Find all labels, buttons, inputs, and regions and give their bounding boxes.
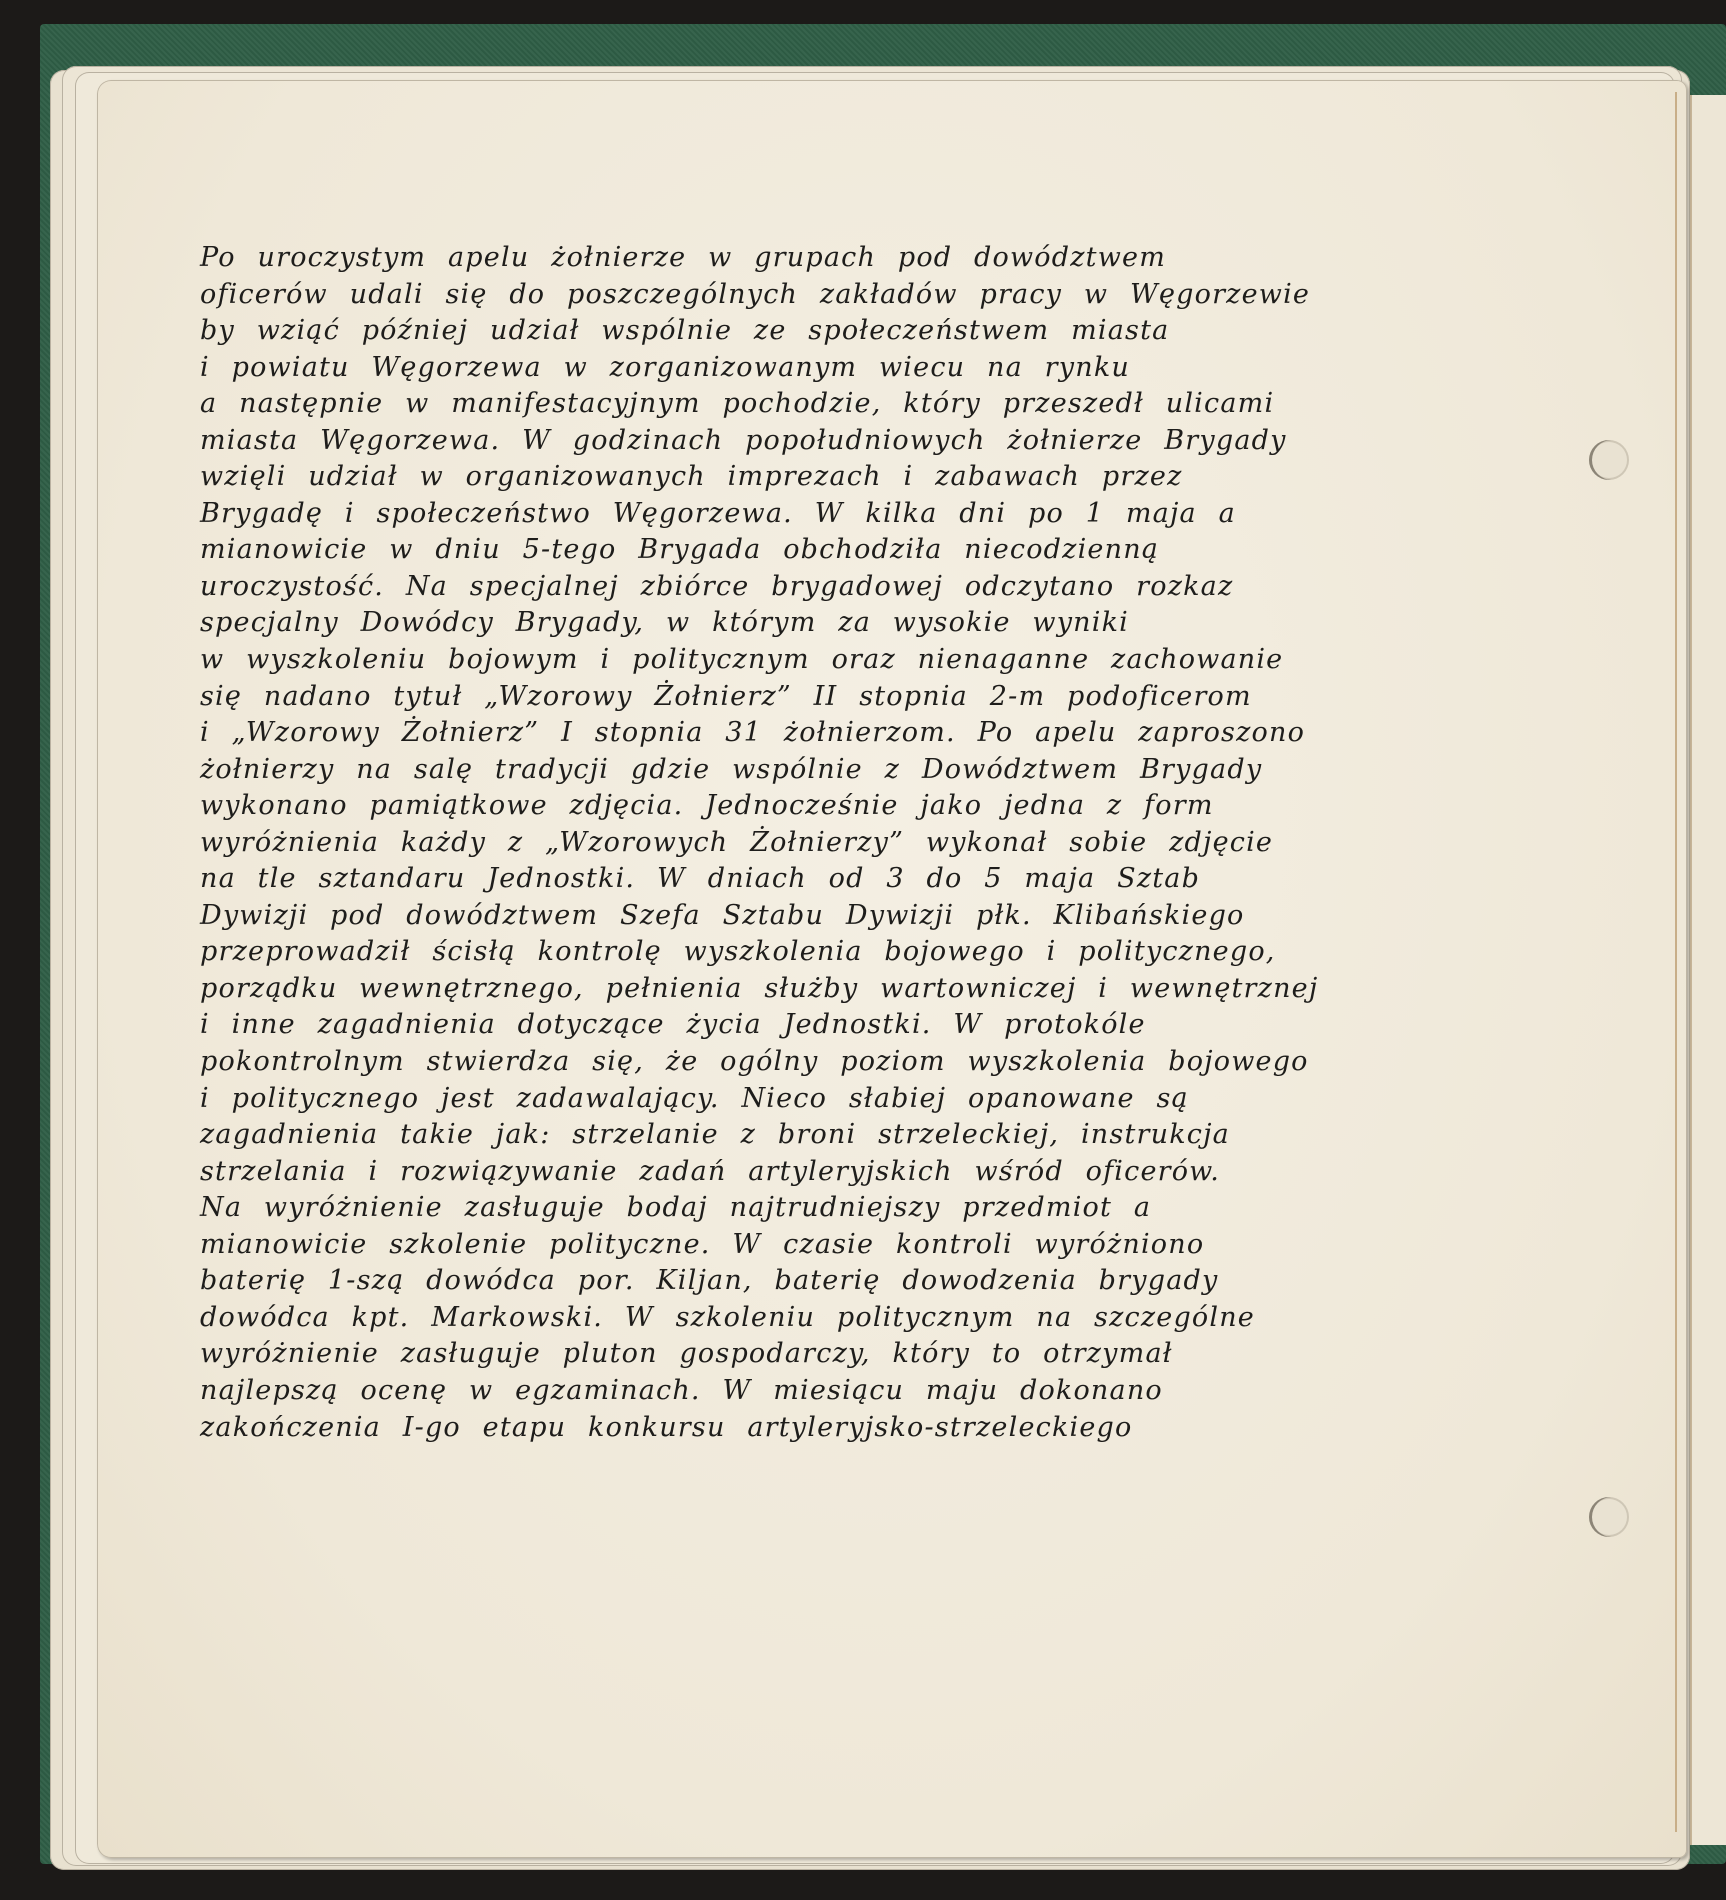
text-line: wzięli udział w organizowanych imprezach… bbox=[200, 459, 1490, 496]
text-line: przeprowadził ścisłą kontrolę wyszkoleni… bbox=[200, 934, 1490, 971]
text-line: Po uroczystym apelu żołnierze w grupach … bbox=[200, 240, 1490, 277]
text-line: zagadnienia takie jak: strzelanie z bron… bbox=[200, 1117, 1490, 1154]
text-line: w wyszkoleniu bojowym i politycznym oraz… bbox=[200, 642, 1490, 679]
text-line: by wziąć później udział wspólnie ze społ… bbox=[200, 313, 1490, 350]
text-line: na tle sztandaru Jednostki. W dniach od … bbox=[200, 861, 1490, 898]
next-page-edge bbox=[1690, 95, 1726, 1845]
text-line: oficerów udali się do poszczególnych zak… bbox=[200, 277, 1490, 314]
binding-hole-icon bbox=[1589, 440, 1629, 480]
text-line: mianowicie szkolenie polityczne. W czasi… bbox=[200, 1227, 1490, 1264]
text-line: i powiatu Węgorzewa w zorganizowanym wie… bbox=[200, 350, 1490, 387]
text-line: się nadano tytuł „Wzorowy Żołnierz” II s… bbox=[200, 679, 1490, 716]
handwritten-text-block: Po uroczystym apelu żołnierze w grupach … bbox=[200, 240, 1490, 1446]
text-line: i politycznego jest zadawalający. Nieco … bbox=[200, 1081, 1490, 1118]
text-line: i „Wzorowy Żołnierz” I stopnia 31 żołnie… bbox=[200, 715, 1490, 752]
text-line: specjalny Dowódcy Brygady, w którym za w… bbox=[200, 605, 1490, 642]
text-line: żołnierzy na salę tradycji gdzie wspólni… bbox=[200, 752, 1490, 789]
text-line: baterię 1-szą dowódca por. Kiljan, bater… bbox=[200, 1263, 1490, 1300]
text-line: mianowicie w dniu 5-tego Brygada obchodz… bbox=[200, 532, 1490, 569]
text-line: najlepszą ocenę w egzaminach. W miesiącu… bbox=[200, 1373, 1490, 1410]
text-line: dowódca kpt. Markowski. W szkoleniu poli… bbox=[200, 1300, 1490, 1337]
binding-hole-icon bbox=[1589, 1497, 1629, 1537]
text-line: miasta Węgorzewa. W godzinach popołudnio… bbox=[200, 423, 1490, 460]
text-line: porządku wewnętrznego, pełnienia służby … bbox=[200, 971, 1490, 1008]
page-fold-edge bbox=[1675, 92, 1677, 1832]
text-line: wykonano pamiątkowe zdjęcia. Jednocześni… bbox=[200, 788, 1490, 825]
text-line: Na wyróżnienie zasługuje bodaj najtrudni… bbox=[200, 1190, 1490, 1227]
text-line: wyróżnienia każdy z „Wzorowych Żołnierzy… bbox=[200, 825, 1490, 862]
text-line: uroczystość. Na specjalnej zbiórce bryga… bbox=[200, 569, 1490, 606]
text-line: strzelania i rozwiązywanie zadań artyler… bbox=[200, 1154, 1490, 1191]
text-line: Dywizji pod dowództwem Szefa Sztabu Dywi… bbox=[200, 898, 1490, 935]
text-line: i inne zagadnienia dotyczące życia Jedno… bbox=[200, 1007, 1490, 1044]
text-line: a następnie w manifestacyjnym pochodzie,… bbox=[200, 386, 1490, 423]
text-line: Brygadę i społeczeństwo Węgorzewa. W kil… bbox=[200, 496, 1490, 533]
text-line: wyróżnienie zasługuje pluton gospodarczy… bbox=[200, 1336, 1490, 1373]
text-line: pokontrolnym stwierdza się, że ogólny po… bbox=[200, 1044, 1490, 1081]
text-line: zakończenia I-go etapu konkursu artylery… bbox=[200, 1410, 1490, 1447]
